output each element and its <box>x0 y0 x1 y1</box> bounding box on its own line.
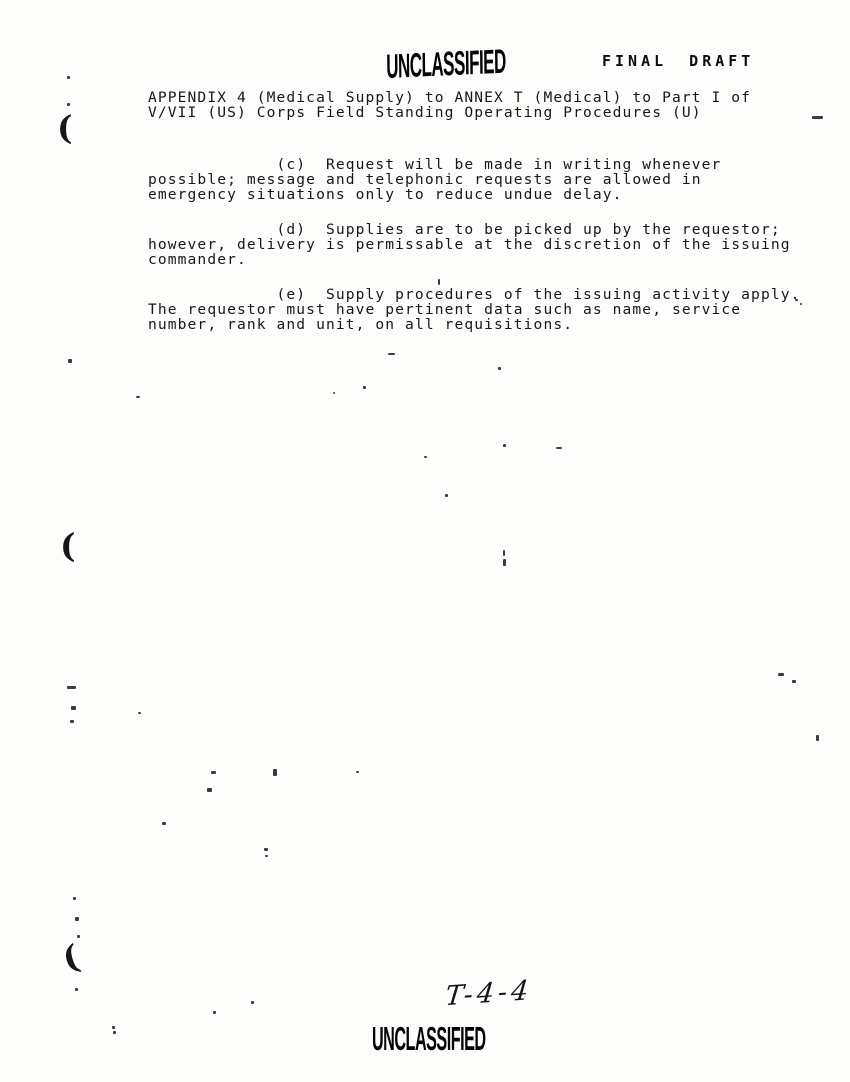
scan-speck <box>77 935 80 938</box>
scan-speck <box>162 822 166 825</box>
scan-speck <box>213 1011 216 1014</box>
scan-speck <box>498 367 501 370</box>
scan-speck <box>792 680 796 683</box>
scan-speck <box>503 444 506 447</box>
handwritten-page-number: T-4-4 <box>444 975 534 1012</box>
scan-speck <box>75 988 78 991</box>
scan-speck <box>73 897 76 900</box>
paragraph-e: (e) Supply procedures of the issuing act… <box>148 287 801 333</box>
paragraph-d: (d) Supplies are to be picked up by the … <box>148 222 791 268</box>
scan-speck <box>138 712 141 714</box>
scan-speck <box>556 447 562 449</box>
scanned-document-page: UNCLASSIFIED FINAL DRAFT APPENDIX 4 (Med… <box>0 0 850 1082</box>
scan-speck <box>136 396 140 398</box>
scan-speck <box>816 735 819 741</box>
scan-speck <box>795 299 798 301</box>
final-draft-label: FINAL DRAFT <box>602 52 754 70</box>
appendix-title: APPENDIX 4 (Medical Supply) to ANNEX T (… <box>148 90 751 120</box>
scan-speck <box>800 303 802 305</box>
scan-speck <box>112 1026 115 1029</box>
scan-speck <box>70 720 74 723</box>
scan-speck <box>265 855 268 857</box>
scan-speck <box>356 771 359 773</box>
scan-speck <box>273 769 277 776</box>
scan-speck <box>264 848 268 851</box>
scan-speck <box>424 456 427 458</box>
scan-speck <box>333 392 335 394</box>
margin-binder-mark-bottom: ( <box>59 939 83 975</box>
scan-speck <box>207 788 212 792</box>
scan-speck <box>251 1001 254 1004</box>
scan-speck <box>211 771 216 774</box>
scan-speck <box>68 359 72 363</box>
scan-speck <box>388 353 395 355</box>
scan-speck <box>778 673 784 676</box>
scan-speck <box>71 706 76 710</box>
scan-speck <box>113 1031 116 1034</box>
scan-speck <box>67 76 70 79</box>
scan-speck <box>445 494 448 497</box>
scan-speck <box>503 550 505 556</box>
margin-binder-mark-top: ( <box>57 111 73 144</box>
scan-speck <box>812 116 823 119</box>
margin-binder-mark-middle: ( <box>60 529 76 562</box>
scan-speck <box>75 917 79 921</box>
unclassified-stamp-bottom: UNCLASSIFIED <box>372 1022 486 1055</box>
scan-speck <box>503 559 506 566</box>
scan-speck <box>67 686 76 689</box>
scan-speck <box>363 386 366 389</box>
scan-speck <box>438 279 440 285</box>
unclassified-stamp-top: UNCLASSIFIED <box>386 45 506 84</box>
paragraph-c: (c) Request will be made in writing when… <box>148 157 721 203</box>
scan-speck <box>67 103 70 106</box>
